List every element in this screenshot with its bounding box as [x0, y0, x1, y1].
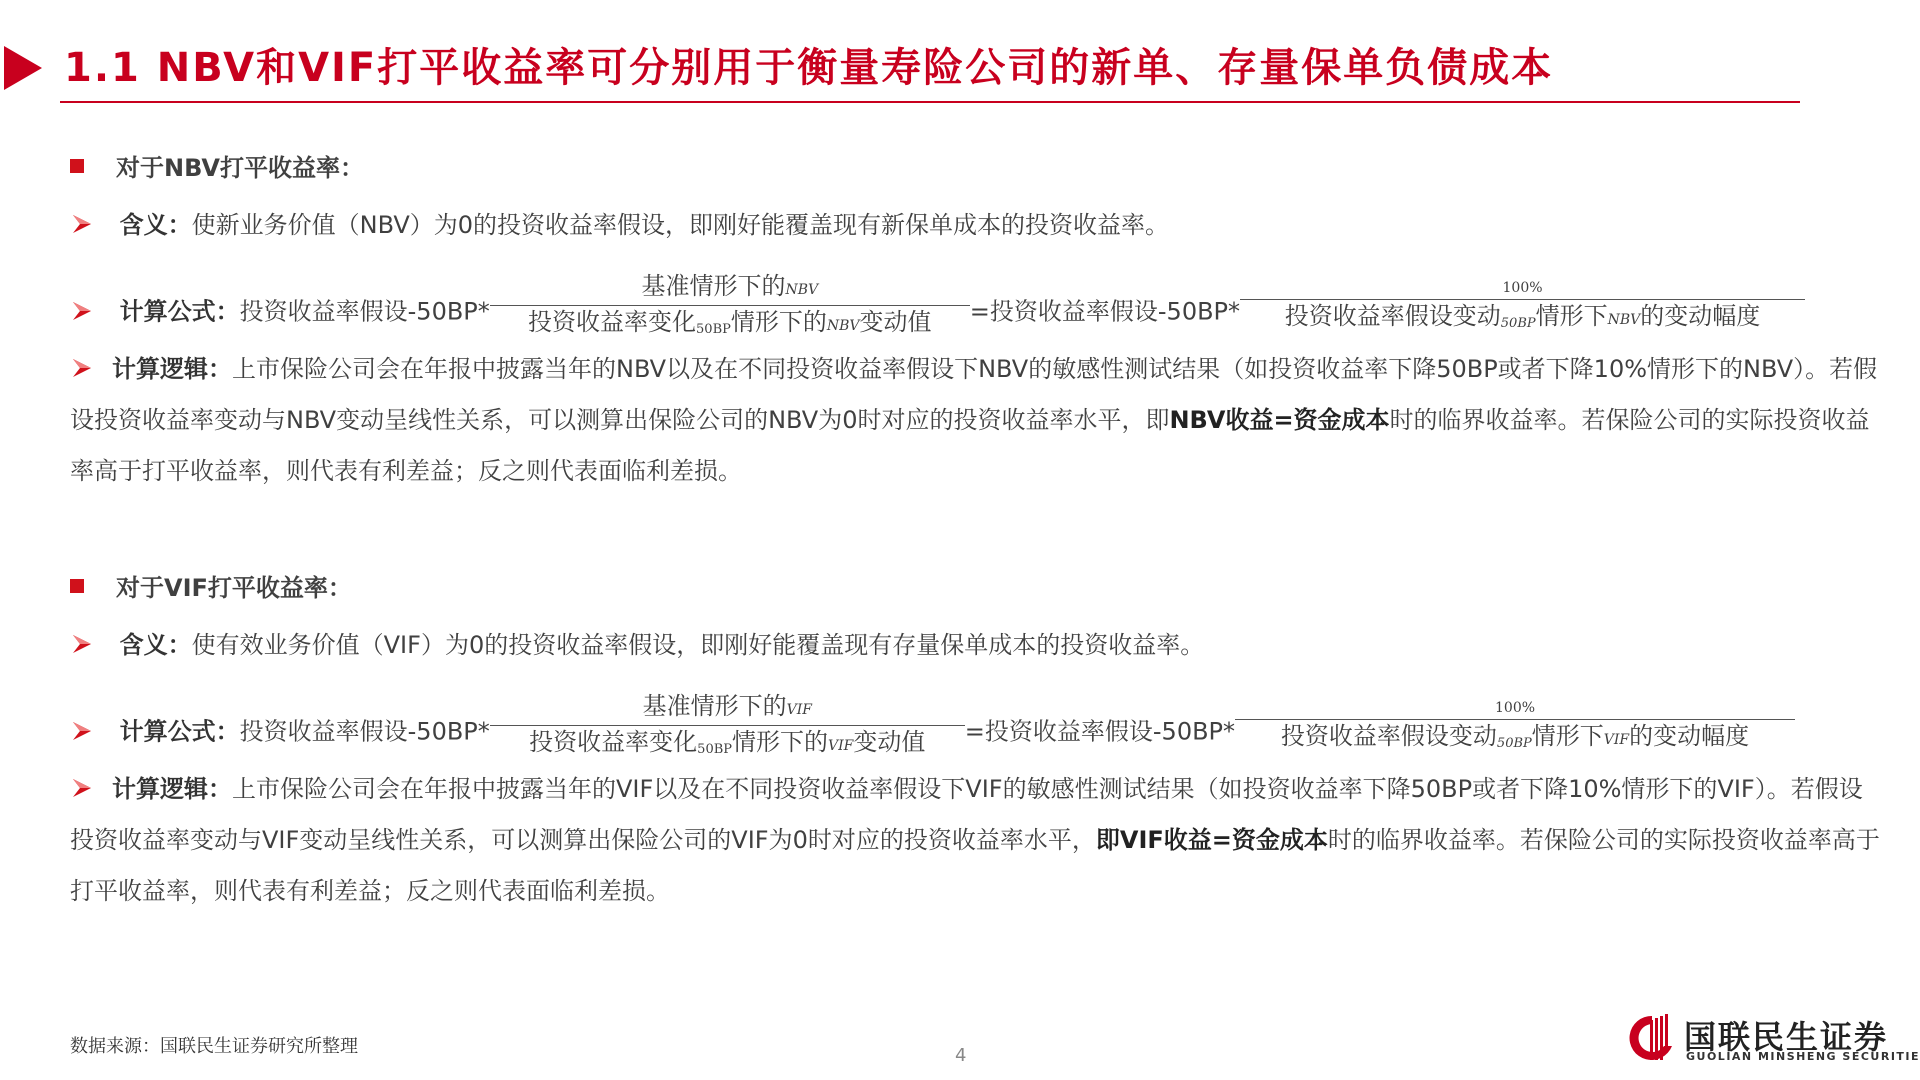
vif-formula-row: 计算公式：投资收益率假设-50BP* 基准情形下的VIF 投资收益率变化50BP…	[70, 695, 1795, 770]
frac1-numerator: 基准情形下的	[641, 272, 785, 300]
frac2-den-b: 情形下	[1536, 302, 1608, 330]
frac2-den-c: 的变动幅度	[1640, 302, 1760, 330]
section-heading-text: 对于VIF打平收益率：	[116, 568, 352, 603]
fraction-1: 基准情形下的NBV 投资收益率变化50BP情形下的NBV变动值	[490, 271, 970, 346]
frac1-den-a: 投资收益率变化	[529, 728, 697, 756]
frac1-den-sub: 50BP	[696, 322, 731, 337]
formula-prefix: 投资收益率假设-50BP*	[240, 718, 490, 746]
section-heading-vif: 对于VIF打平收益率：	[70, 568, 352, 603]
logic-label: 计算逻辑：	[112, 775, 232, 803]
arrow-bullet-icon	[70, 299, 94, 323]
company-logo: 国联民生证券 GUOLIAN MINSHENG SECURITIES	[1628, 1012, 1908, 1068]
nbv-meaning-row: 含义：使新业务价值（NBV）为0的投资收益率假设，即刚好能覆盖现有新保单成本的投…	[70, 200, 1169, 250]
formula-label: 计算公式：	[120, 298, 240, 326]
frac1-den-var: NBV	[827, 318, 860, 334]
formula-prefix: 投资收益率假设-50BP*	[240, 298, 490, 326]
frac2-den-b: 情形下	[1532, 722, 1604, 750]
arrow-bullet-icon	[70, 356, 94, 380]
meaning-text: 使有效业务价值（VIF）为0的投资收益率假设，即刚好能覆盖现有存量保单成本的投资…	[192, 631, 1205, 659]
fraction-2: 100% 投资收益率假设变动50BP情形下VIF的变动幅度	[1235, 697, 1795, 760]
frac1-den-b: 情形下的	[731, 308, 827, 336]
meaning-label: 含义：	[120, 211, 192, 239]
section-heading-text: 对于NBV打平收益率：	[116, 148, 364, 183]
arrow-bullet-icon	[70, 632, 94, 656]
frac2-den-var: NBV	[1608, 312, 1641, 328]
fraction-1: 基准情形下的VIF 投资收益率变化50BP情形下的VIF变动值	[490, 691, 965, 766]
frac1-numerator-var: NBV	[785, 282, 818, 298]
formula-mid: =投资收益率假设-50BP*	[970, 298, 1240, 326]
title-divider	[60, 101, 1800, 103]
arrow-bullet-icon	[70, 719, 94, 743]
square-bullet-icon	[70, 159, 84, 173]
frac1-numerator: 基准情形下的	[643, 692, 787, 720]
nbv-logic-paragraph: 计算逻辑：上市保险公司会在年报中披露当年的NBV以及在不同投资收益率假设下NBV…	[70, 344, 1880, 497]
frac2-numerator: 100%	[1240, 277, 1805, 300]
data-source-note: 数据来源：国联民生证券研究所整理	[70, 1032, 358, 1058]
meaning-label: 含义：	[120, 631, 192, 659]
frac1-den-c: 变动值	[860, 308, 932, 336]
logic-bold: 即VIF收益=资金成本	[1096, 826, 1328, 854]
page-number: 4	[955, 1045, 966, 1066]
meaning-text: 使新业务价值（NBV）为0的投资收益率假设，即刚好能覆盖现有新保单成本的投资收益…	[192, 211, 1169, 239]
frac2-den-sub: 50BP	[1501, 316, 1536, 331]
frac1-den-var: VIF	[828, 738, 853, 754]
vif-meaning-row: 含义：使有效业务价值（VIF）为0的投资收益率假设，即刚好能覆盖现有存量保单成本…	[70, 620, 1204, 670]
frac1-den-c: 变动值	[853, 728, 925, 756]
frac2-den-var: VIF	[1604, 732, 1629, 748]
logo-english-name: GUOLIAN MINSHENG SECURITIES	[1686, 1050, 1920, 1063]
title-triangle-icon	[4, 46, 42, 90]
arrow-bullet-icon	[70, 212, 94, 236]
fraction-2: 100% 投资收益率假设变动50BP情形下NBV的变动幅度	[1240, 277, 1805, 340]
vif-logic-paragraph: 计算逻辑：上市保险公司会在年报中披露当年的VIF以及在不同投资收益率假设下VIF…	[70, 764, 1880, 917]
formula-label: 计算公式：	[120, 718, 240, 746]
logo-mark-icon	[1628, 1012, 1676, 1064]
logic-label: 计算逻辑：	[112, 355, 232, 383]
formula-mid: =投资收益率假设-50BP*	[965, 718, 1235, 746]
frac1-numerator-var: VIF	[787, 702, 812, 718]
frac2-den-c: 的变动幅度	[1629, 722, 1749, 750]
nbv-formula-row: 计算公式：投资收益率假设-50BP* 基准情形下的NBV 投资收益率变化50BP…	[70, 275, 1805, 350]
frac1-den-a: 投资收益率变化	[528, 308, 696, 336]
section-heading-nbv: 对于NBV打平收益率：	[70, 148, 364, 183]
frac1-den-sub: 50BP	[697, 742, 732, 757]
frac2-den-sub: 50BP	[1497, 736, 1532, 751]
arrow-bullet-icon	[70, 776, 94, 800]
frac2-den-a: 投资收益率假设变动	[1281, 722, 1497, 750]
logic-bold: NBV收益=资金成本	[1169, 406, 1389, 434]
square-bullet-icon	[70, 579, 84, 593]
frac2-numerator: 100%	[1235, 697, 1795, 720]
page-title: 1.1 NBV和VIF打平收益率可分别用于衡量寿险公司的新单、存量保单负债成本	[64, 40, 1553, 96]
frac2-den-a: 投资收益率假设变动	[1285, 302, 1501, 330]
frac1-den-b: 情形下的	[732, 728, 828, 756]
